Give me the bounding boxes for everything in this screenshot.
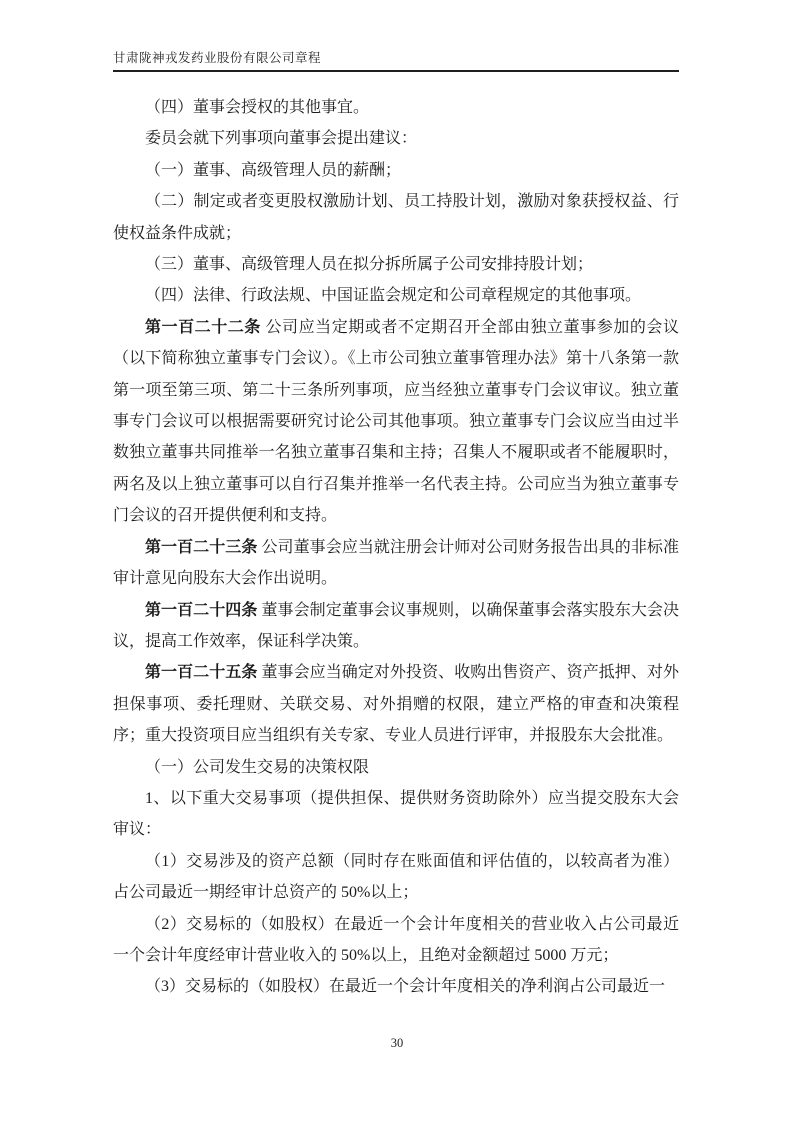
page-footer: 30 [0, 1036, 794, 1051]
paragraph: 第一百二十五条 董事会应当确定对外投资、收购出售资产、资产抵押、对外担保事项、委… [113, 657, 679, 751]
document-body: （四）董事会授权的其他事宜。 委员会就下列事项向董事会提出建议： （一）董事、高… [113, 92, 679, 1003]
paragraph-text: （二）制定或者变更股权激励计划、员工持股计划，激励对象获授权益、行使权益条件成就… [113, 193, 679, 241]
paragraph: （一）公司发生交易的决策权限 [113, 752, 679, 783]
paragraph: 委员会就下列事项向董事会提出建议： [113, 123, 679, 154]
paragraph-text: 1、以下重大交易事项（提供担保、提供财务资助除外）应当提交股东大会审议： [113, 790, 679, 838]
paragraph-text: （一）公司发生交易的决策权限 [145, 759, 369, 776]
article-number: 第一百二十四条 [145, 602, 257, 619]
header-title: 甘肃陇神戎发药业股份有限公司章程 [113, 50, 679, 66]
paragraph: （三）董事、高级管理人员在拟分拆所属子公司安排持股计划； [113, 249, 679, 280]
paragraph: （四）法律、行政法规、中国证监会规定和公司章程规定的其他事项。 [113, 280, 679, 311]
paragraph: 1、以下重大交易事项（提供担保、提供财务资助除外）应当提交股东大会审议： [113, 783, 679, 846]
page-number: 30 [391, 1036, 404, 1050]
document-page: 甘肃陇神戎发药业股份有限公司章程 （四）董事会授权的其他事宜。 委员会就下列事项… [0, 0, 794, 1122]
paragraph: （2）交易标的（如股权）在最近一个会计年度相关的营业收入占公司最近一个会计年度经… [113, 909, 679, 972]
paragraph: （一）董事、高级管理人员的薪酬； [113, 155, 679, 186]
paragraph: （二）制定或者变更股权激励计划、员工持股计划，激励对象获授权益、行使权益条件成就… [113, 186, 679, 249]
paragraph-text: （3）交易标的（如股权）在最近一个会计年度相关的净利润占公司最近一 [145, 978, 665, 995]
article-number: 第一百二十五条 [145, 664, 257, 681]
paragraph-text: （四）法律、行政法规、中国证监会规定和公司章程规定的其他事项。 [145, 287, 641, 304]
paragraph-text: （三）董事、高级管理人员在拟分拆所属子公司安排持股计划； [145, 256, 593, 273]
paragraph-text: （四）董事会授权的其他事宜。 [145, 99, 369, 116]
header-rule [113, 70, 679, 72]
paragraph-text: （2）交易标的（如股权）在最近一个会计年度相关的营业收入占公司最近一个会计年度经… [113, 916, 679, 964]
paragraph: （1）交易涉及的资产总额（同时存在账面值和评估值的，以较高者为准）占公司最近一期… [113, 846, 679, 909]
paragraph: 第一百二十二条 公司应当定期或者不定期召开全部由独立董事参加的会议（以下简称独立… [113, 312, 679, 532]
paragraph: （3）交易标的（如股权）在最近一个会计年度相关的净利润占公司最近一 [113, 971, 679, 1002]
page-header: 甘肃陇神戎发药业股份有限公司章程 [113, 50, 679, 72]
paragraph: （四）董事会授权的其他事宜。 [113, 92, 679, 123]
article-number: 第一百二十二条 [145, 319, 261, 336]
paragraph-text: 委员会就下列事项向董事会提出建议： [145, 130, 417, 147]
paragraph-text: 公司应当定期或者不定期召开全部由独立董事参加的会议（以下简称独立董事专门会议）。… [113, 319, 679, 524]
paragraph-text: （一）董事、高级管理人员的薪酬； [145, 162, 401, 179]
paragraph-text: （1）交易涉及的资产总额（同时存在账面值和评估值的，以较高者为准）占公司最近一期… [113, 853, 679, 901]
paragraph: 第一百二十四条 董事会制定董事会议事规则，以确保董事会落实股东大会决议，提高工作… [113, 595, 679, 658]
paragraph: 第一百二十三条 公司董事会应当就注册会计师对公司财务报告出具的非标准审计意见向股… [113, 532, 679, 595]
article-number: 第一百二十三条 [145, 539, 257, 556]
